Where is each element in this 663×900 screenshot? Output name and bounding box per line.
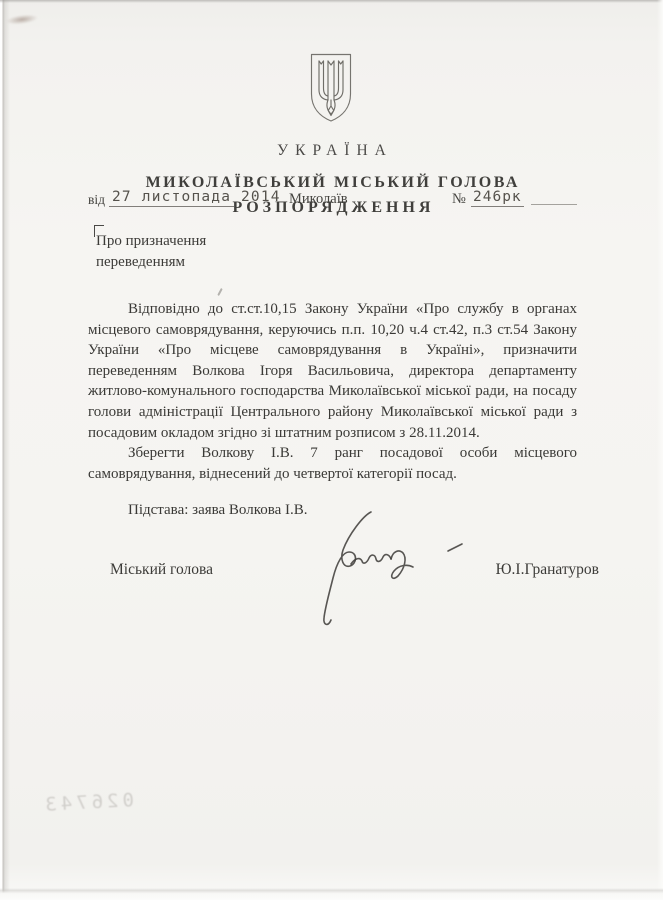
signer-name: Ю.І.Гранатуров <box>496 561 599 579</box>
scan-edge-left <box>0 0 10 900</box>
scanned-document-page: УКРАЇНА МИКОЛАЇВСЬКИЙ МІСЬКИЙ ГОЛОВА РОЗ… <box>0 0 663 900</box>
subject-line-2: переведенням <box>96 252 206 273</box>
date-year: 2014 <box>241 189 281 205</box>
subject-block: Про призначення переведенням <box>96 231 206 272</box>
date-value: 27 листопада <box>109 189 234 207</box>
signature-row: Міський голова Ю.І.Гранатуров <box>88 561 599 579</box>
date-prefix-label: від <box>88 192 105 208</box>
document-body: Відповідно до ст.ст.10,15 Закону України… <box>88 299 577 521</box>
document-number: 246рк <box>471 189 524 207</box>
signer-title: Міський голова <box>88 561 213 579</box>
bleed-through-number: 026743 <box>23 789 134 817</box>
scan-edge-right <box>657 0 663 900</box>
scan-edge-top <box>0 0 663 3</box>
meta-row: від 27 листопада 2014 Миколаїв № 246рк <box>88 188 663 212</box>
number-sign: № <box>452 191 466 208</box>
country-name: УКРАЇНА <box>0 142 663 160</box>
paragraph-rank: Зберегти Волкову І.В. 7 ранг посадової о… <box>88 443 577 484</box>
scan-speck <box>217 288 223 296</box>
scan-edge-bottom <box>0 888 663 900</box>
subject-line-1: Про призначення <box>96 231 206 252</box>
paragraph-main: Відповідно до ст.ст.10,15 Закону України… <box>88 299 577 443</box>
city-name: Миколаїв <box>289 191 348 208</box>
scan-smudge <box>6 13 39 26</box>
number-blank-line <box>531 189 577 205</box>
ukraine-trident-shield-icon <box>309 52 353 124</box>
